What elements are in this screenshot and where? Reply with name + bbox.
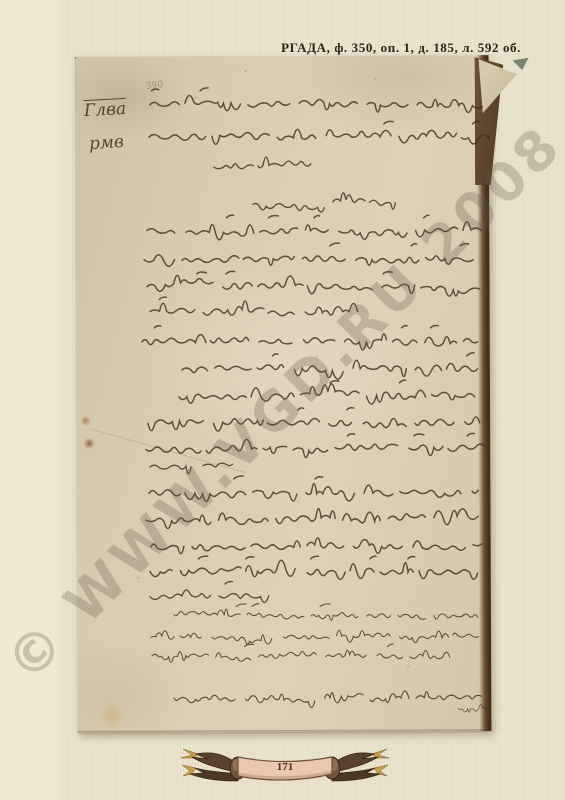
ink-stain [83,438,95,449]
ribbon-left-tail [181,749,246,781]
paper-scratch [92,429,246,473]
page-number: 171 [277,761,294,773]
ink-stain [81,415,90,427]
archive-reference: РГАДА, ф. 350, оп. 1, д. 185, л. 592 об. [0,40,521,56]
margin-chapter-number: рмв [88,132,124,154]
background-light-band [0,0,64,800]
paper-specks [75,57,77,59]
manuscript-page [75,55,492,733]
page-bottom-shadow [77,729,487,735]
margin-chapter-word: Глва [84,99,127,121]
paper-stain [97,705,127,727]
page-number-ribbon: 171 [178,744,392,796]
corner-tip-shadow [513,58,529,70]
